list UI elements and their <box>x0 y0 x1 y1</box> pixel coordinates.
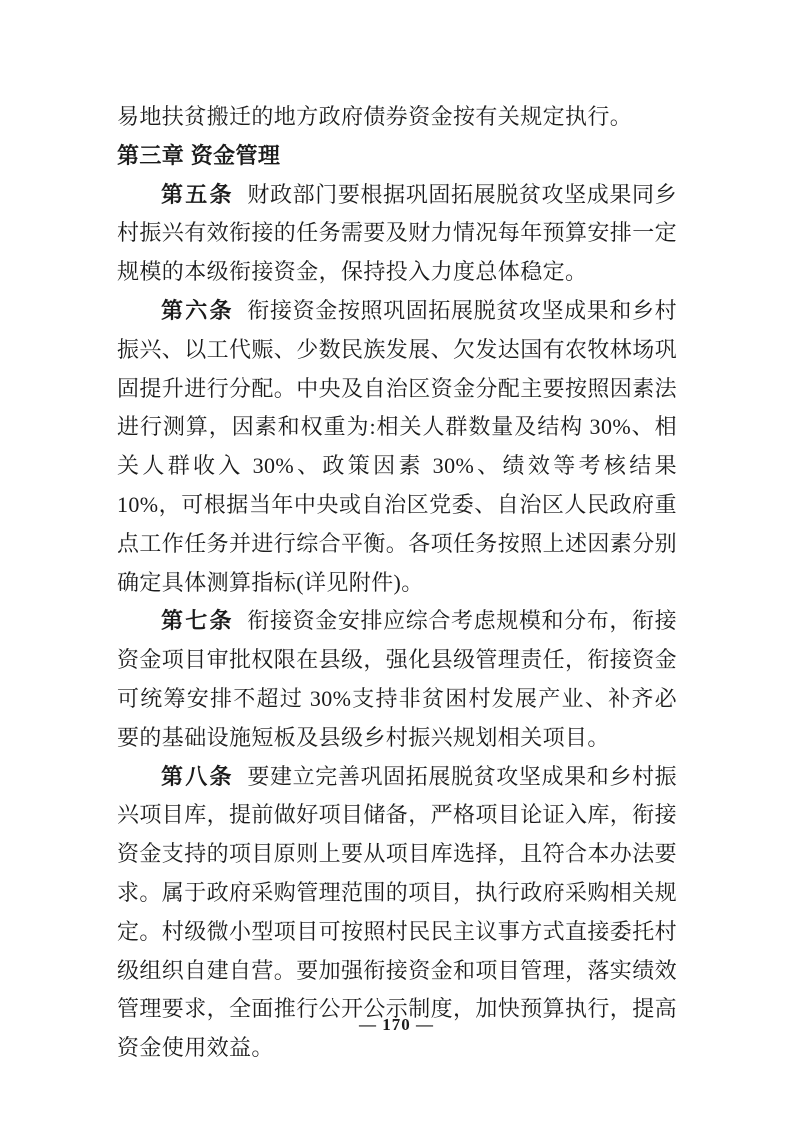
article-7-label: 第七条 <box>161 608 234 633</box>
article-8-label: 第八条 <box>161 764 234 789</box>
article-5: 第五条财政部门要根据巩固拓展脱贫攻坚成果同乡村振兴有效衔接的任务需要及财力情况每… <box>117 176 677 292</box>
page-number: — 170 — <box>0 1013 793 1037</box>
article-6-text: 衔接资金按照巩固拓展脱贫攻坚成果和乡村振兴、以工代赈、少数民族发展、欠发达国有农… <box>117 298 677 595</box>
chapter-heading: 第三章 资金管理 <box>117 137 677 176</box>
document-body: 易地扶贫搬迁的地方政府债券资金按有关规定执行。 第三章 资金管理 第五条财政部门… <box>117 98 677 1068</box>
article-7: 第七条衔接资金安排应综合考虑规模和分布，衔接资金项目审批权限在县级，强化县级管理… <box>117 602 677 757</box>
paragraph-continuation: 易地扶贫搬迁的地方政府债券资金按有关规定执行。 <box>117 98 677 137</box>
article-5-label: 第五条 <box>161 182 234 207</box>
article-6-label: 第六条 <box>161 298 234 323</box>
document-page: 易地扶贫搬迁的地方政府债券资金按有关规定执行。 第三章 资金管理 第五条财政部门… <box>0 0 793 1122</box>
article-6: 第六条衔接资金按照巩固拓展脱贫攻坚成果和乡村振兴、以工代赈、少数民族发展、欠发达… <box>117 292 677 602</box>
